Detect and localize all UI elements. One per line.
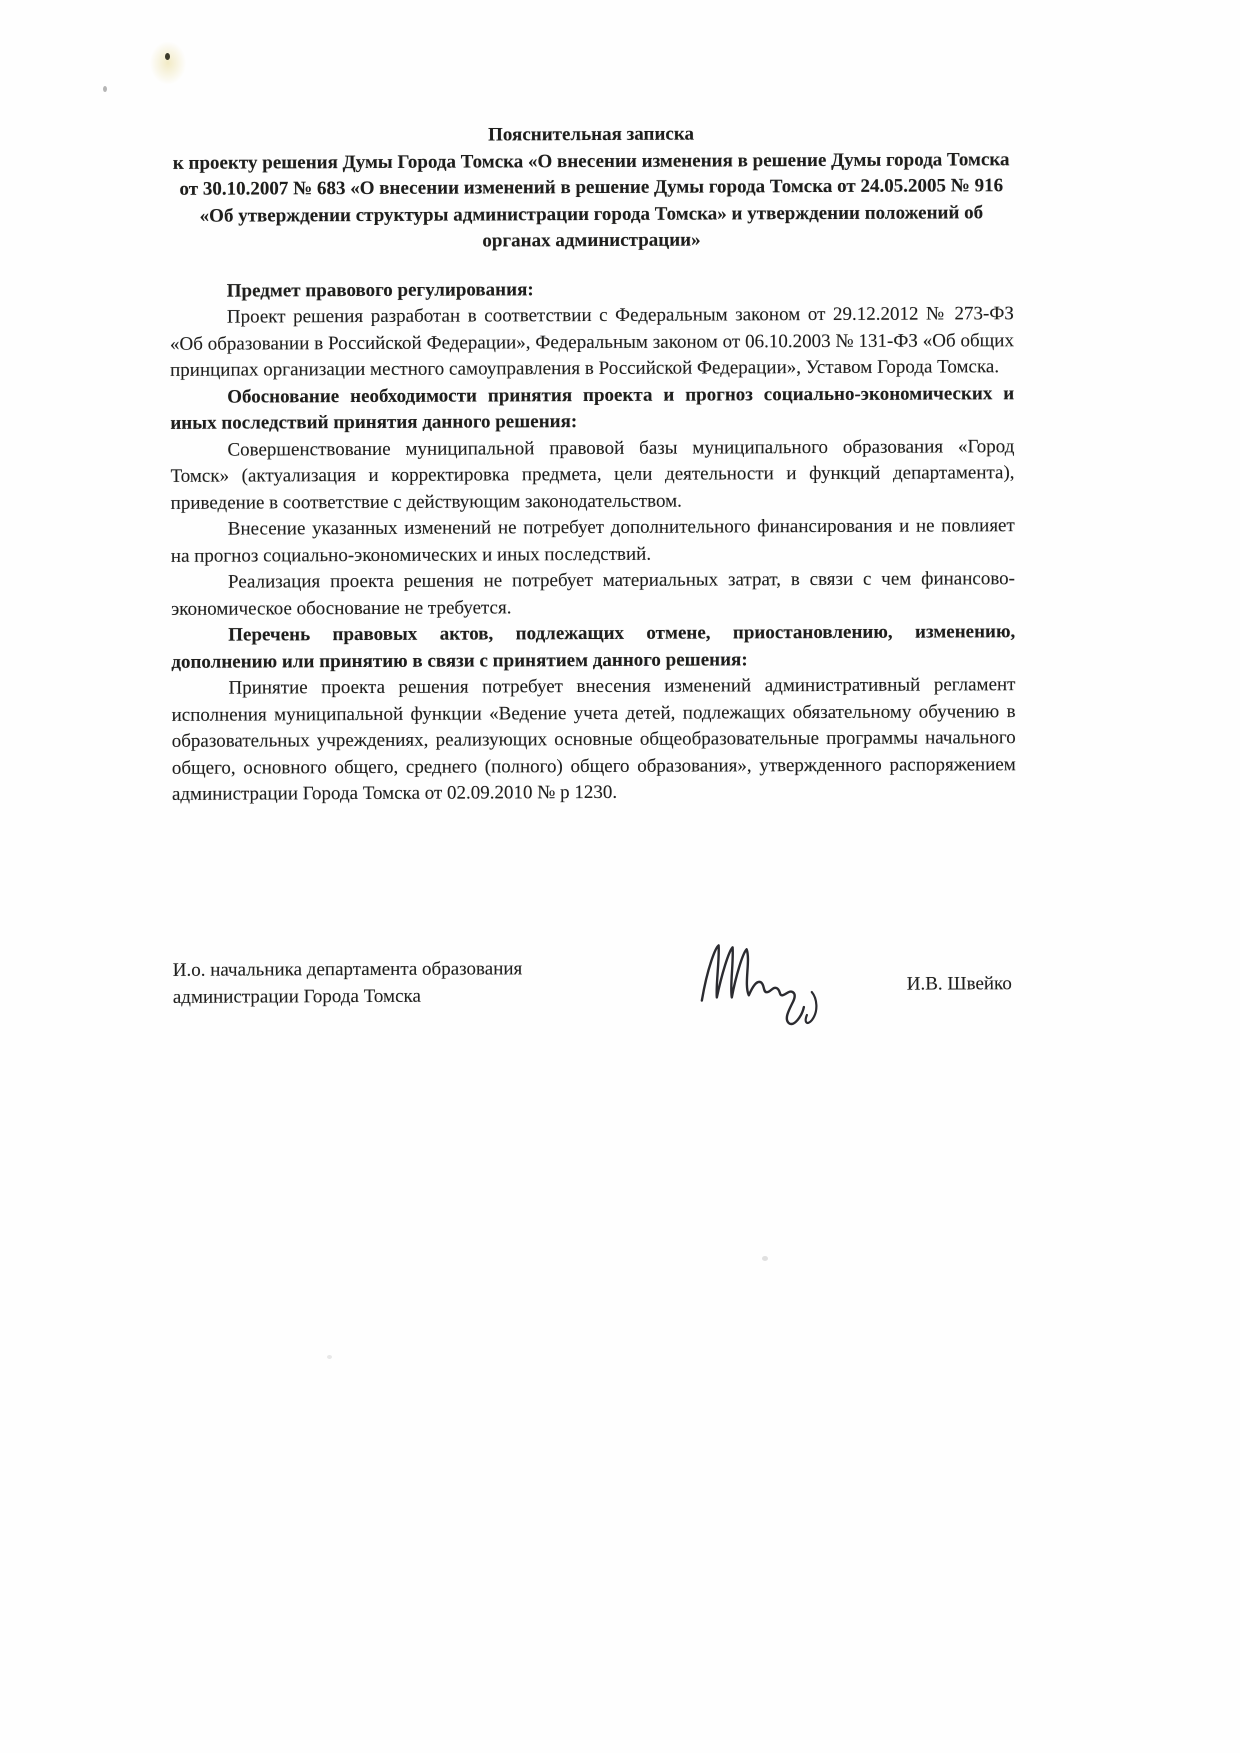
document-content: Пояснительная записка к проекту решения …	[169, 120, 1017, 1070]
paragraph-acts-1: Принятие проекта решения потребует внесе…	[171, 672, 1016, 808]
signature-block: И.о. начальника департамента образования…	[173, 947, 1018, 1071]
section-heading-subject: Предмет правового регулирования:	[170, 275, 1014, 305]
signature-position-line-1: И.о. начальника департамента образования	[173, 958, 523, 981]
scan-artifact-dot	[103, 86, 107, 92]
scanned-document-page: Пояснительная записка к проекту решения …	[0, 0, 1240, 1753]
paragraph-justification-3: Реализация проекта решения не потребует …	[171, 566, 1015, 623]
scan-artifact-dot	[165, 53, 170, 60]
section-heading-acts-list: Перечень правовых актов, подлежащих отме…	[171, 619, 1015, 676]
signer-name: И.В. Швейко	[907, 971, 1012, 998]
handwritten-signature-icon	[688, 933, 863, 1044]
scan-artifact-dot	[762, 1256, 768, 1261]
paragraph-subject-1: Проект решения разработан в соответствии…	[170, 301, 1014, 384]
scan-artifact-halo	[142, 32, 194, 94]
paragraph-justification-2: Внесение указанных изменений не потребуе…	[171, 513, 1015, 570]
signature-position-line-2: администрации Города Томска	[173, 985, 421, 1007]
section-heading-justification: Обоснование необходимости принятия проек…	[170, 381, 1014, 438]
paragraph-justification-1: Совершенствование муниципальной правовой…	[170, 434, 1014, 517]
signature-position-title: И.о. начальника департамента образования…	[173, 954, 613, 1010]
document-title: Пояснительная записка	[169, 120, 1013, 150]
scan-artifact-dot	[327, 1355, 332, 1359]
document-subtitle: к проекту решения Думы Города Томска «О …	[169, 147, 1013, 257]
